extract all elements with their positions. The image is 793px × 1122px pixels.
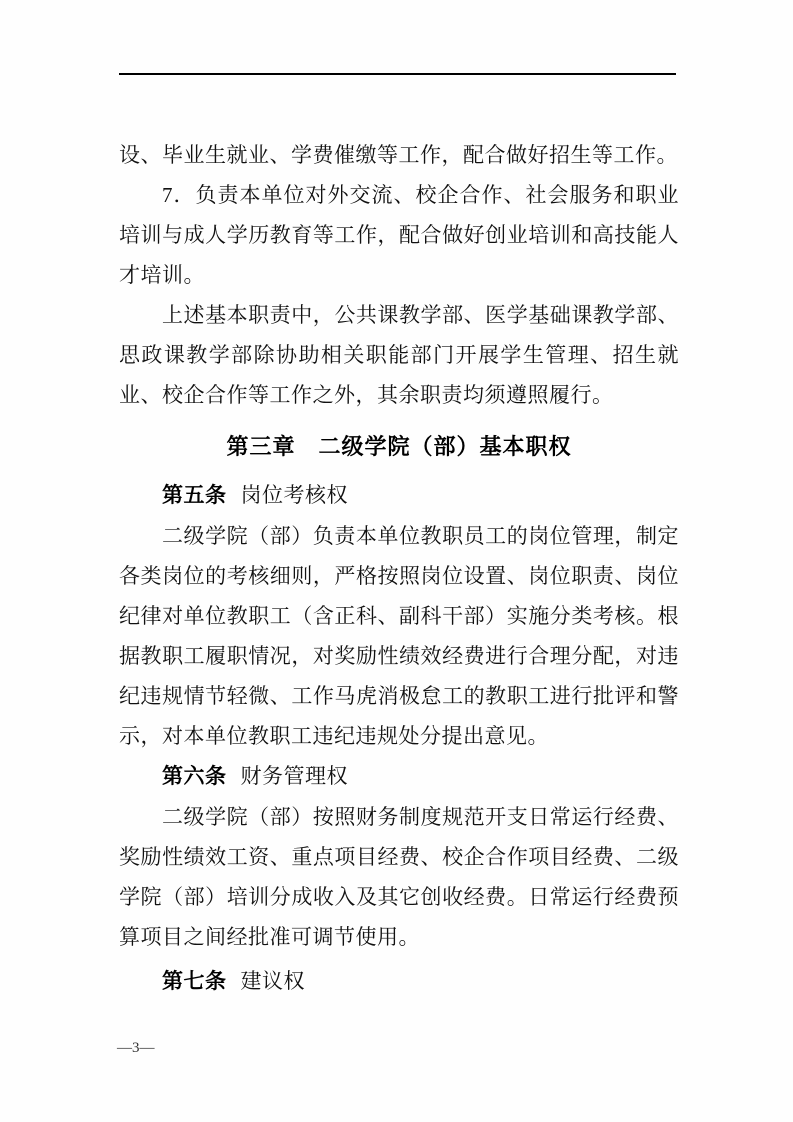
article-5-title: 岗位考核权 [241,483,349,507]
document-body: 设、毕业生就业、学费催缴等工作，配合做好招生等工作。 7．负责本单位对外交流、校… [119,135,679,1002]
article-6-label: 第六条 [162,765,227,788]
article-7-heading: 第七条建议权 [119,961,679,1002]
paragraph-note: 上述基本职责中，公共课教学部、医学基础课教学部、思政课教学部除协助相关职能部门开… [119,295,679,415]
document-page: 设、毕业生就业、学费催缴等工作，配合做好招生等工作。 7．负责本单位对外交流、校… [0,0,793,1122]
article-6-title: 财务管理权 [241,764,349,788]
paragraph-continuation: 设、毕业生就业、学费催缴等工作，配合做好招生等工作。 [119,135,679,175]
article-6-heading: 第六条财务管理权 [119,756,679,797]
chapter-heading: 第三章 二级学院（部）基本职权 [119,427,679,467]
article-7-title: 建议权 [241,969,306,993]
page-number: —3— [117,1038,155,1058]
article-5-heading: 第五条岗位考核权 [119,475,679,516]
header-rule [119,73,676,75]
article-6-body: 二级学院（部）按照财务制度规范开支日常运行经费、奖励性绩效工资、重点项目经费、校… [119,797,679,957]
paragraph-item-7: 7．负责本单位对外交流、校企合作、社会服务和职业培训与成人学历教育等工作，配合做… [119,175,679,295]
article-5-body: 二级学院（部）负责本单位教职员工的岗位管理，制定各类岗位的考核细则，严格按照岗位… [119,516,679,756]
article-7-label: 第七条 [162,970,227,993]
article-5-label: 第五条 [162,484,227,507]
